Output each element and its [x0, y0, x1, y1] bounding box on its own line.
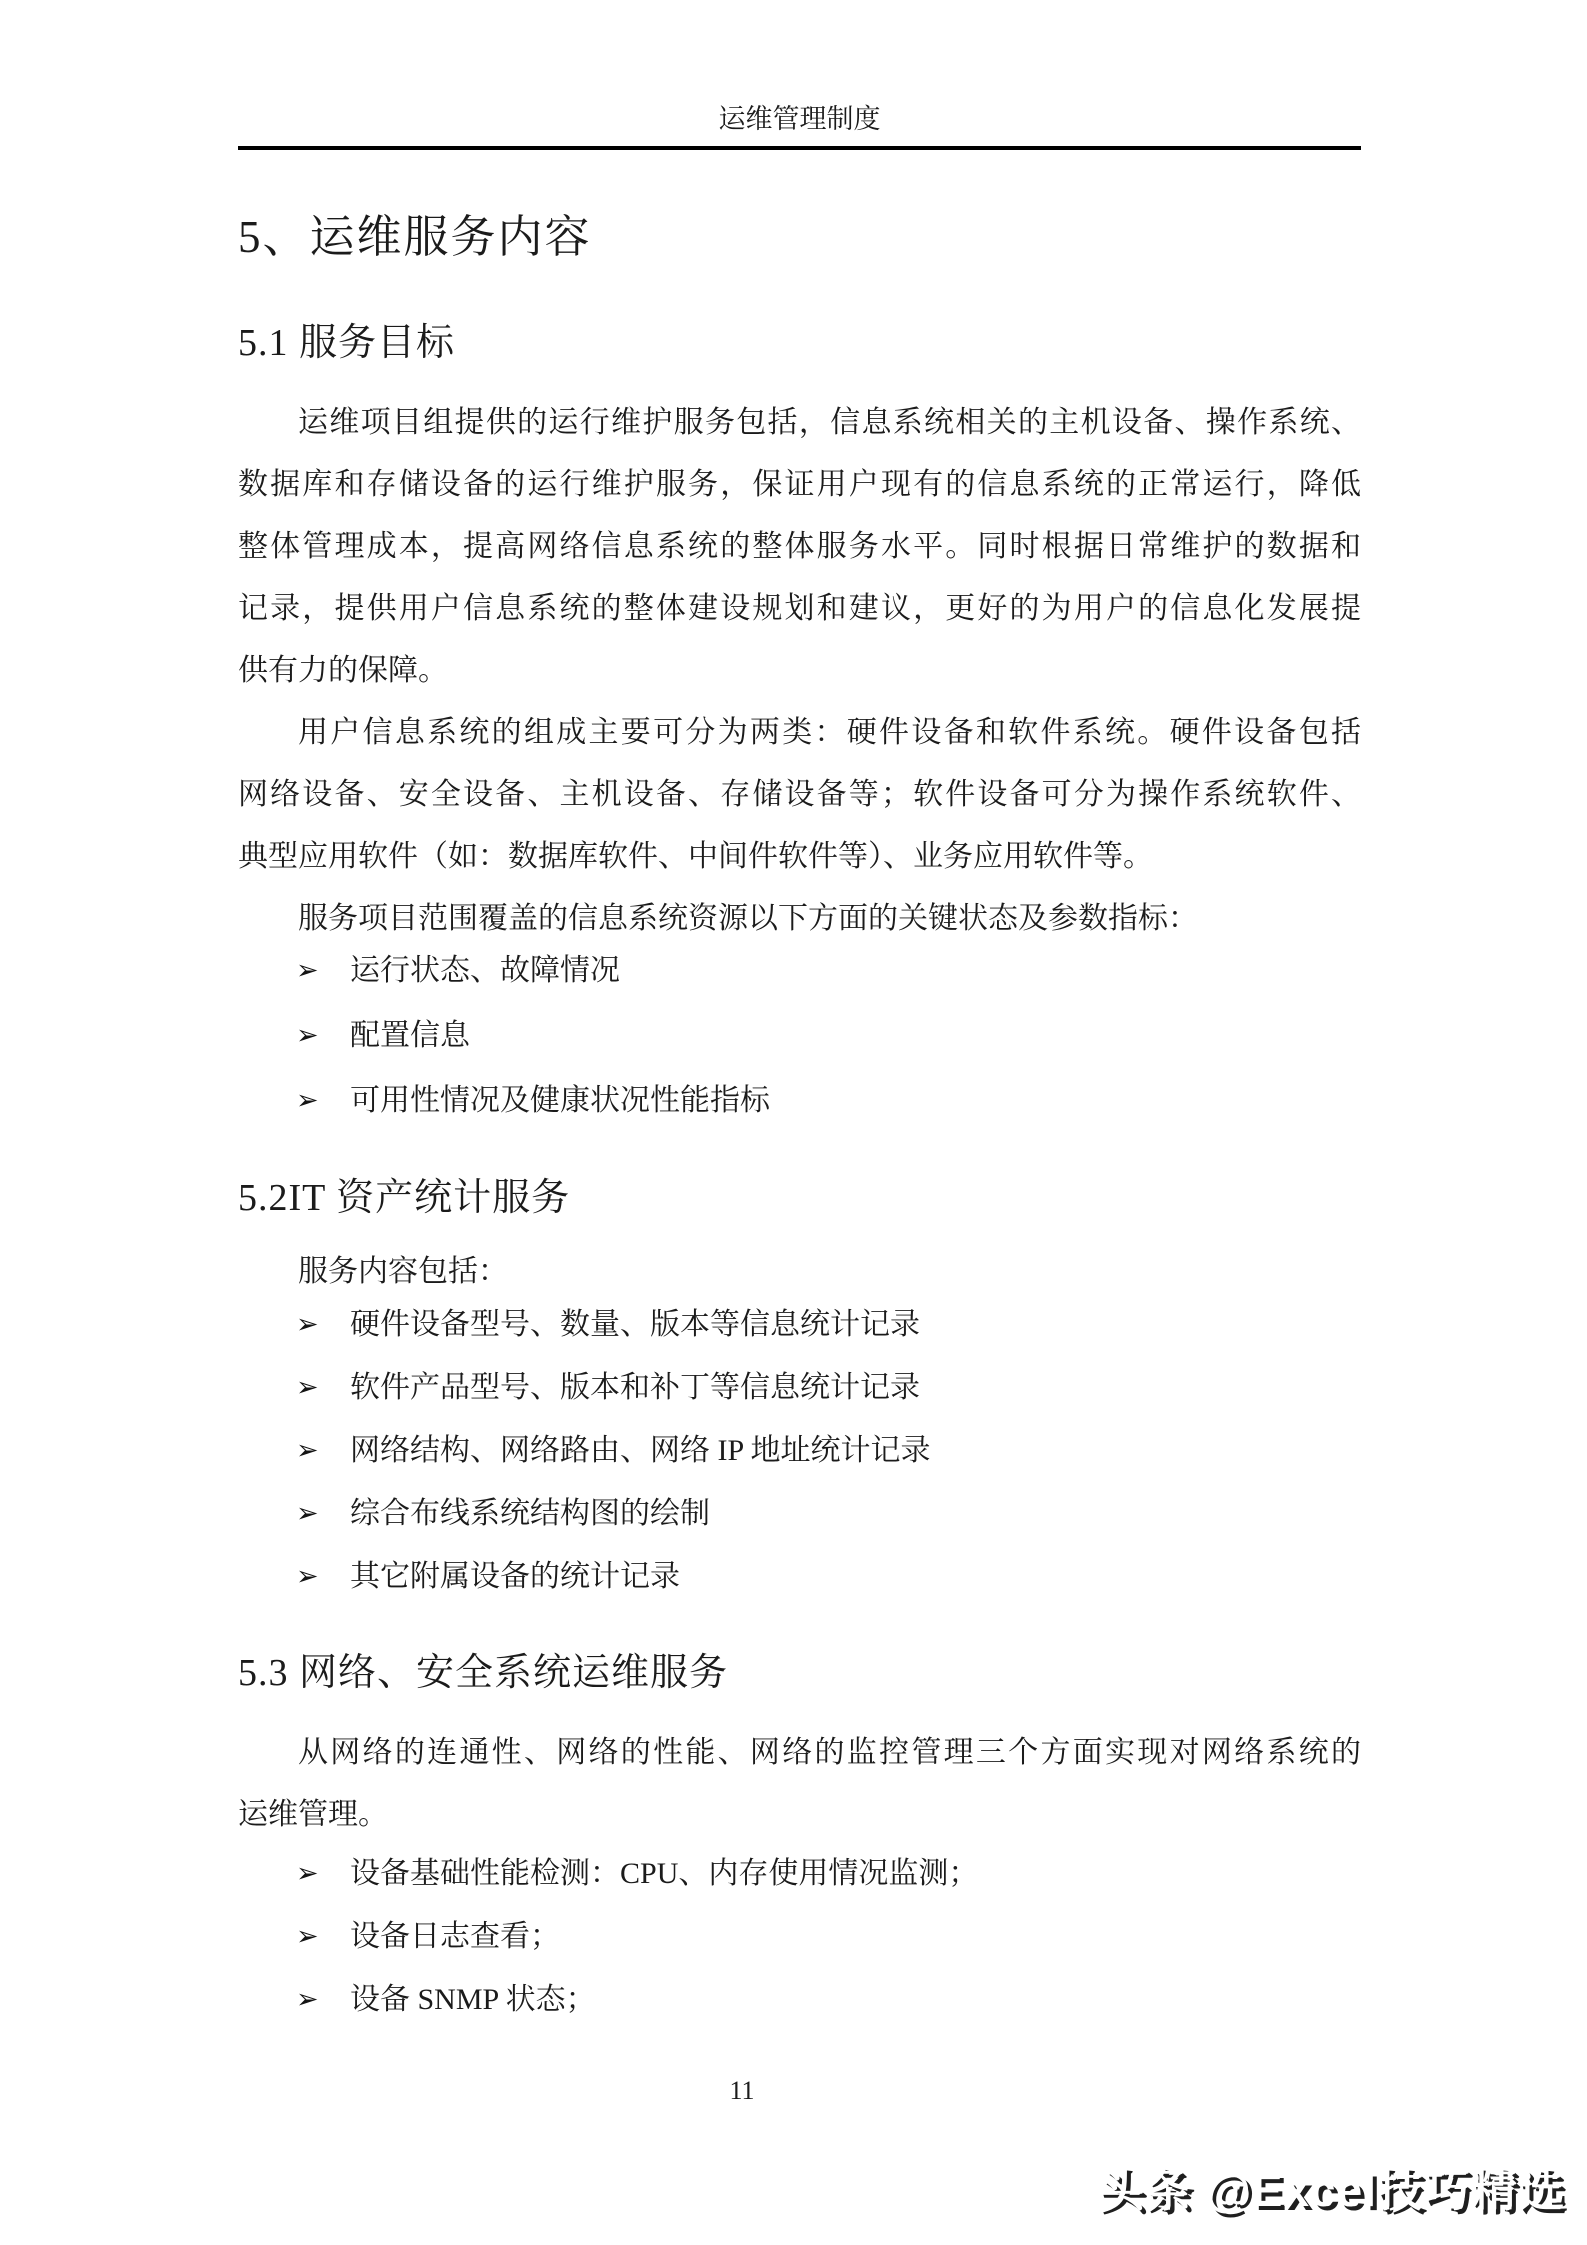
list-item: ➢ 设备 SNMP 状态；: [238, 1968, 1361, 2031]
bullet-list-5-2: ➢ 硬件设备型号、数量、版本等信息统计记录 ➢ 软件产品型号、版本和补丁等信息统…: [238, 1293, 1361, 1608]
document-page: 运维管理制度 5、运维服务内容 5.1 服务目标 运维项目组提供的运行维护服务包…: [0, 0, 1587, 2245]
bullet-text: 设备日志查看；: [350, 1920, 560, 1953]
section-5-1-heading: 5.1 服务目标: [238, 320, 1361, 366]
list-item: ➢ 设备基础性能检测：CPU、内存使用情况监测；: [238, 1842, 1361, 1905]
text-line: 典型应用软件（如：数据库软件、中间件软件等）、业务应用软件等。: [238, 826, 1361, 888]
text-line: 运维管理。: [238, 1784, 1361, 1846]
text-line: 数据库和存储设备的运行维护服务，保证用户现有的信息系统的正常运行，降低: [238, 454, 1361, 516]
chapter-heading: 5、运维服务内容: [238, 208, 1361, 266]
bullet-text: 配置信息: [350, 1019, 470, 1052]
bullet-list-5-1: ➢ 运行状态、故障情况 ➢ 配置信息 ➢ 可用性情况及健康状况性能指标: [238, 938, 1361, 1133]
list-item: ➢ 综合布线系统结构图的绘制: [238, 1482, 1361, 1545]
arrow-bullet-icon: ➢: [296, 1068, 319, 1133]
list-item: ➢ 其它附属设备的统计记录: [238, 1545, 1361, 1608]
text-line: 供有力的保障。: [238, 640, 1361, 702]
text-line: 记录，提供用户信息系统的整体建设规划和建议，更好的为用户的信息化发展提: [238, 578, 1361, 640]
list-item: ➢ 运行状态、故障情况: [238, 938, 1361, 1003]
arrow-bullet-icon: ➢: [296, 1968, 319, 2031]
bullet-list-5-3: ➢ 设备基础性能检测：CPU、内存使用情况监测； ➢ 设备日志查看； ➢ 设备 …: [238, 1842, 1361, 2031]
bullet-text: 设备基础性能检测：CPU、内存使用情况监测；: [350, 1857, 978, 1890]
paragraph-network-service: 从网络的连通性、网络的性能、网络的监控管理三个方面实现对网络系统的 运维管理。: [238, 1722, 1361, 1846]
arrow-bullet-icon: ➢: [296, 1905, 319, 1968]
document-content: 5、运维服务内容 5.1 服务目标 运维项目组提供的运行维护服务包括，信息系统相…: [238, 150, 1361, 2031]
section-5-2-heading: 5.2IT 资产统计服务: [238, 1175, 1361, 1221]
list-item: ➢ 设备日志查看；: [238, 1905, 1361, 1968]
arrow-bullet-icon: ➢: [296, 1545, 319, 1608]
page-number: 11: [0, 2076, 1484, 2106]
text-line: 用户信息系统的组成主要可分为两类：硬件设备和软件系统。硬件设备包括: [238, 702, 1361, 764]
bullet-text: 其它附属设备的统计记录: [350, 1560, 680, 1593]
page-header-title: 运维管理制度: [238, 103, 1361, 135]
paragraph-service-goal-2: 用户信息系统的组成主要可分为两类：硬件设备和软件系统。硬件设备包括 网络设备、安…: [238, 702, 1361, 888]
arrow-bullet-icon: ➢: [296, 938, 319, 1003]
section-5-3-heading: 5.3 网络、安全系统运维服务: [238, 1650, 1361, 1696]
list-item: ➢ 硬件设备型号、数量、版本等信息统计记录: [238, 1293, 1361, 1356]
bullet-text: 运行状态、故障情况: [350, 954, 620, 987]
list-item: ➢ 网络结构、网络路由、网络 IP 地址统计记录: [238, 1419, 1361, 1482]
arrow-bullet-icon: ➢: [296, 1356, 319, 1419]
bullet-text: 可用性情况及健康状况性能指标: [350, 1084, 770, 1117]
arrow-bullet-icon: ➢: [296, 1482, 319, 1545]
list-item: ➢ 软件产品型号、版本和补丁等信息统计记录: [238, 1356, 1361, 1419]
text-line: 整体管理成本，提高网络信息系统的整体服务水平。同时根据日常维护的数据和: [238, 516, 1361, 578]
list-item: ➢ 配置信息: [238, 1003, 1361, 1068]
arrow-bullet-icon: ➢: [296, 1419, 319, 1482]
text-line: 网络设备、安全设备、主机设备、存储设备等；软件设备可分为操作系统软件、: [238, 764, 1361, 826]
bullet-text: 综合布线系统结构图的绘制: [350, 1497, 710, 1530]
watermark: 头条 @Excel技巧精选: [1098, 2154, 1565, 2220]
bullet-text: 软件产品型号、版本和补丁等信息统计记录: [350, 1371, 920, 1404]
list-item: ➢ 可用性情况及健康状况性能指标: [238, 1068, 1361, 1133]
text-line: 从网络的连通性、网络的性能、网络的监控管理三个方面实现对网络系统的: [238, 1722, 1361, 1784]
arrow-bullet-icon: ➢: [296, 1293, 319, 1356]
arrow-bullet-icon: ➢: [296, 1842, 319, 1905]
bullet-text: 设备 SNMP 状态；: [350, 1983, 596, 2016]
paragraph-service-goal-1: 运维项目组提供的运行维护服务包括，信息系统相关的主机设备、操作系统、 数据库和存…: [238, 392, 1361, 702]
bullet-text: 网络结构、网络路由、网络 IP 地址统计记录: [350, 1434, 931, 1467]
arrow-bullet-icon: ➢: [296, 1003, 319, 1068]
bullet-text: 硬件设备型号、数量、版本等信息统计记录: [350, 1308, 920, 1341]
text-line: 运维项目组提供的运行维护服务包括，信息系统相关的主机设备、操作系统、: [238, 392, 1361, 454]
